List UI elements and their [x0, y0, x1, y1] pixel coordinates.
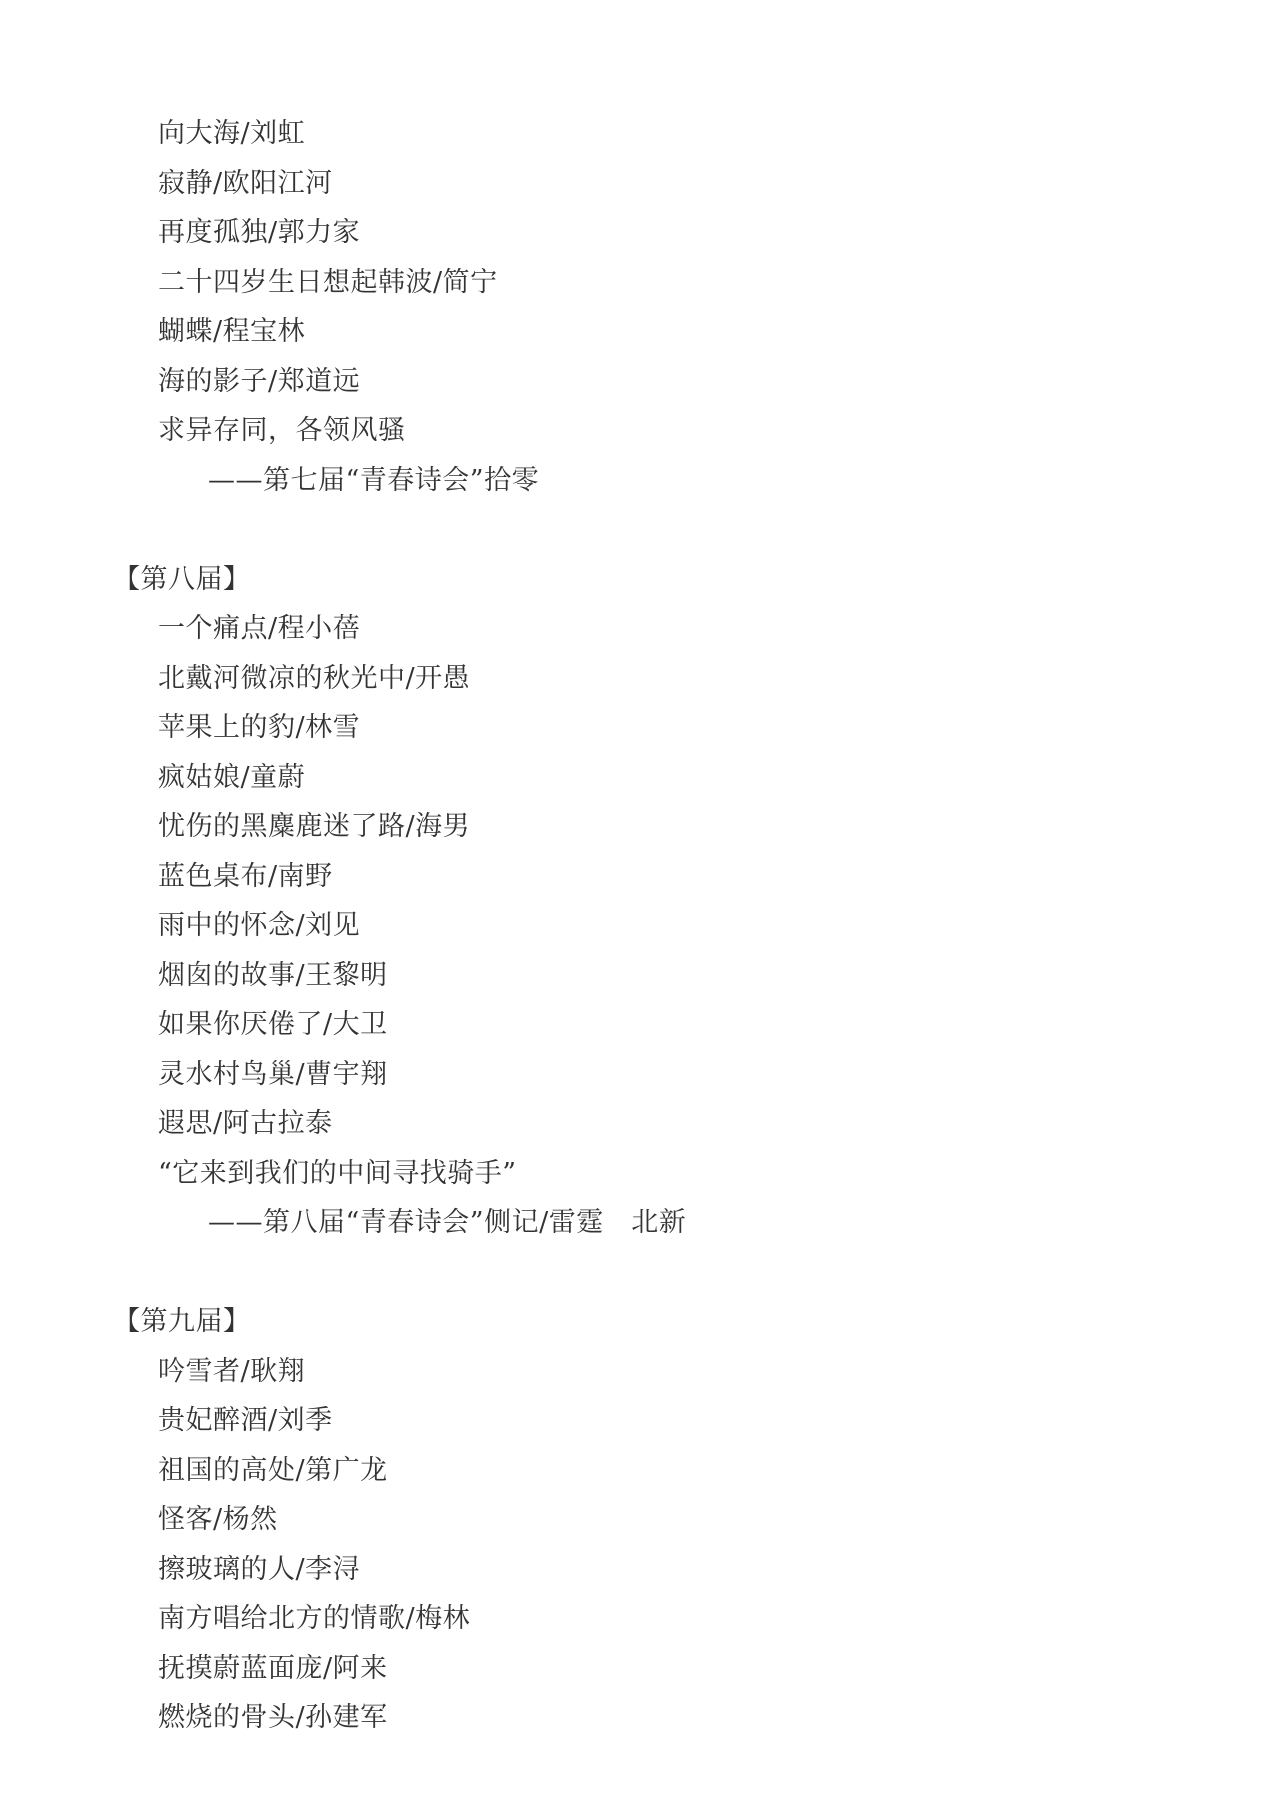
toc-entry: 燃烧的骨头/孙建军: [0, 1693, 1280, 1743]
section-gap: [0, 505, 1280, 555]
toc-entry: 疯姑娘/童蔚: [0, 753, 1280, 803]
toc-entry: 求异存同，各领风骚: [0, 406, 1280, 456]
toc-entry: 忧伤的黑麋鹿迷了路/海男: [0, 802, 1280, 852]
toc-entry: 二十四岁生日想起韩波/简宁: [0, 258, 1280, 308]
toc-entry: 苹果上的豹/林雪: [0, 703, 1280, 753]
toc-entry: 烟囱的故事/王黎明: [0, 951, 1280, 1001]
toc-entry: 怪客/杨然: [0, 1495, 1280, 1545]
section-heading: 【第九届】: [0, 1297, 1280, 1347]
toc-entry: 向大海/刘虹: [0, 109, 1280, 159]
toc-entry: 抚摸蔚蓝面庞/阿来: [0, 1644, 1280, 1694]
toc-entry: 蝴蝶/程宝林: [0, 307, 1280, 357]
toc-entry: 北戴河微凉的秋光中/开愚: [0, 654, 1280, 704]
section-gap: [0, 1248, 1280, 1298]
table-of-contents: 向大海/刘虹 寂静/欧阳江河 再度孤独/郭力家 二十四岁生日想起韩波/简宁 蝴蝶…: [0, 0, 1280, 1743]
toc-entry: 灵水村鸟巢/曹宇翔: [0, 1050, 1280, 1100]
toc-entry: 雨中的怀念/刘见: [0, 901, 1280, 951]
toc-entry: 吟雪者/耿翔: [0, 1347, 1280, 1397]
toc-entry: 遐思/阿古拉泰: [0, 1099, 1280, 1149]
toc-entry: 寂静/欧阳江河: [0, 159, 1280, 209]
toc-entry: 南方唱给北方的情歌/梅林: [0, 1594, 1280, 1644]
toc-entry: 祖国的高处/第广龙: [0, 1446, 1280, 1496]
toc-entry: “它来到我们的中间寻找骑手”: [0, 1149, 1280, 1199]
toc-entry: 擦玻璃的人/李浔: [0, 1545, 1280, 1595]
toc-entry: 如果你厌倦了/大卫: [0, 1000, 1280, 1050]
toc-page: 向大海/刘虹 寂静/欧阳江河 再度孤独/郭力家 二十四岁生日想起韩波/简宁 蝴蝶…: [0, 0, 1280, 1809]
toc-entry: 再度孤独/郭力家: [0, 208, 1280, 258]
toc-entry: 一个痛点/程小蓓: [0, 604, 1280, 654]
attribution-line: ——第七届“青春诗会”拾零: [0, 456, 1280, 506]
section-heading: 【第八届】: [0, 555, 1280, 605]
toc-entry: 蓝色桌布/南野: [0, 852, 1280, 902]
attribution-line: ——第八届“青春诗会”侧记/雷霆 北新: [0, 1198, 1280, 1248]
toc-entry: 海的影子/郑道远: [0, 357, 1280, 407]
toc-entry: 贵妃醉酒/刘季: [0, 1396, 1280, 1446]
